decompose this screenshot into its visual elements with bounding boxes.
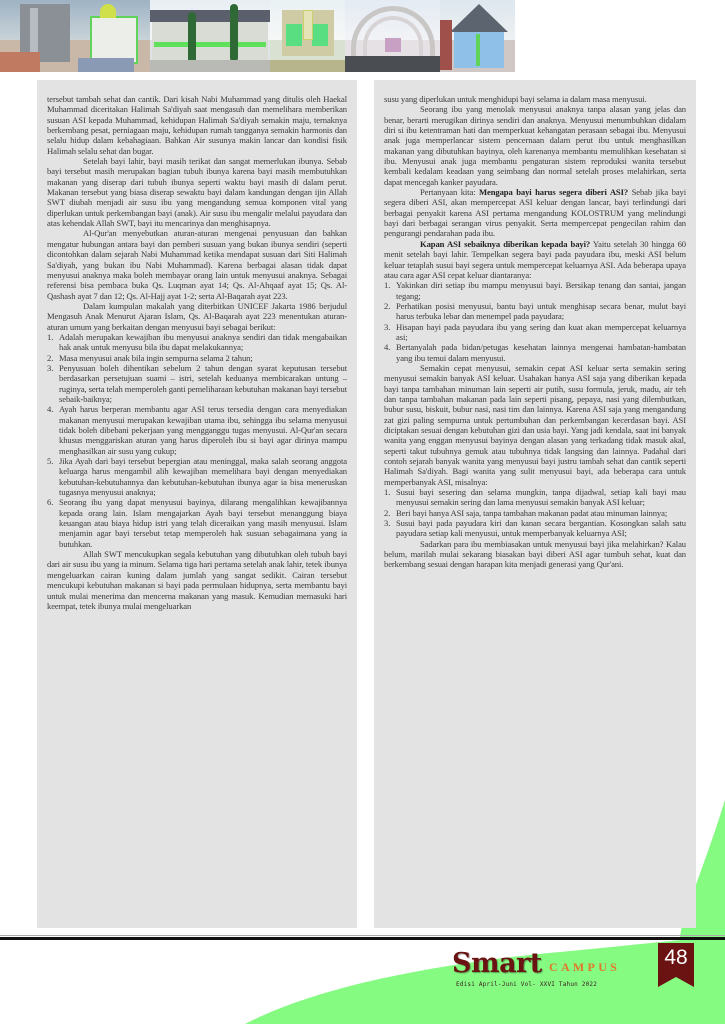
- list-item: 4.Bertanyalah pada bidan/petugas kesehat…: [384, 342, 686, 363]
- list-item: 2.Perhatikan posisi menyusui, bantu bayi…: [384, 301, 686, 322]
- question-heading: Kapan ASI sebaiknya diberikan kepada bay…: [420, 239, 590, 249]
- header-photo-2: [150, 0, 270, 72]
- paragraph: Setelah bayi lahir, bayi masih terikat d…: [47, 156, 347, 228]
- footer-divider: [0, 937, 725, 940]
- header-photo-1: [0, 0, 150, 72]
- header-photo-strip: [0, 0, 725, 72]
- paragraph: Seorang ibu yang menolak menyusui anakny…: [384, 104, 686, 187]
- header-photo-5: [440, 0, 515, 72]
- logo-smart: Smart: [452, 948, 542, 979]
- page-number-badge: 48: [658, 943, 694, 987]
- list-item: 1.Yakinkan diri setiap ibu mampu menyusu…: [384, 280, 686, 301]
- list-item: 1.Adalah merupakan kewajiban ibu menyusu…: [47, 332, 347, 353]
- list-item: 1.Susui bayi sesering dan selama mungkin…: [384, 487, 686, 508]
- edition-info: Edisi April-Juni Vol- XXVI Tahun 2022: [456, 981, 597, 988]
- page-number: 48: [658, 946, 694, 970]
- paragraph: Dalam kumpulan makalah yang diterbitkan …: [47, 301, 347, 332]
- header-photo-4: [345, 0, 440, 72]
- paragraph-question-1: Pertanyaan kita: Mengapa bayi harus sege…: [384, 187, 686, 239]
- list-item: 4.Ayah harus berperan membantu agar ASI …: [47, 404, 347, 456]
- paragraph: Allah SWT mencukupkan segala kebutuhan y…: [47, 549, 347, 611]
- article-column-right: susu yang diperlukan untuk menghidupi ba…: [374, 80, 696, 928]
- paragraph-question-2: Kapan ASI sebaiknya diberikan kepada bay…: [384, 239, 686, 280]
- list-item: 6.Seorang ibu yang dapat menyusui bayiny…: [47, 497, 347, 549]
- paragraph: Al-Qur'an menyebutkan aturan-aturan meng…: [47, 228, 347, 300]
- increase-milk-list: 1.Susui bayi sesering dan selama mungkin…: [384, 487, 686, 539]
- paragraph: tersebut tambah sehat dan cantik. Dari k…: [47, 94, 347, 156]
- logo-campus: CAMPUS: [549, 960, 620, 975]
- tips-list: 1.Yakinkan diri setiap ibu mampu menyusu…: [384, 280, 686, 363]
- list-item: 5.Jika Ayah dari bayi tersebut bepergian…: [47, 456, 347, 497]
- rules-list: 1.Adalah merupakan kewajiban ibu menyusu…: [47, 332, 347, 549]
- list-item: 3.Penyusuan boleh dihentikan sebelum 2 t…: [47, 363, 347, 404]
- paragraph: Semakin cepat menyusui, semakin cepat AS…: [384, 363, 686, 487]
- list-item: 3.Susui bayi pada payudara kiri dan kana…: [384, 518, 686, 539]
- question-heading: Mengapa bayi harus segera diberi ASI?: [479, 187, 628, 197]
- paragraph: susu yang diperlukan untuk menghidupi ba…: [384, 94, 686, 104]
- closing-paragraph: Sadarkan para ibu membiasakan untuk meny…: [384, 539, 686, 570]
- list-item: 2.Beri bayi hanya ASI saja, tanpa tambah…: [384, 508, 686, 518]
- list-item: 2.Masa menyusui anak bila ingin sempurna…: [47, 353, 347, 363]
- header-photo-3: [270, 0, 345, 72]
- footer-rule-shadow: [0, 935, 725, 936]
- list-item: 3.Hisapan bayi pada payudara ibu yang se…: [384, 322, 686, 343]
- article-column-left: tersebut tambah sehat dan cantik. Dari k…: [37, 80, 357, 928]
